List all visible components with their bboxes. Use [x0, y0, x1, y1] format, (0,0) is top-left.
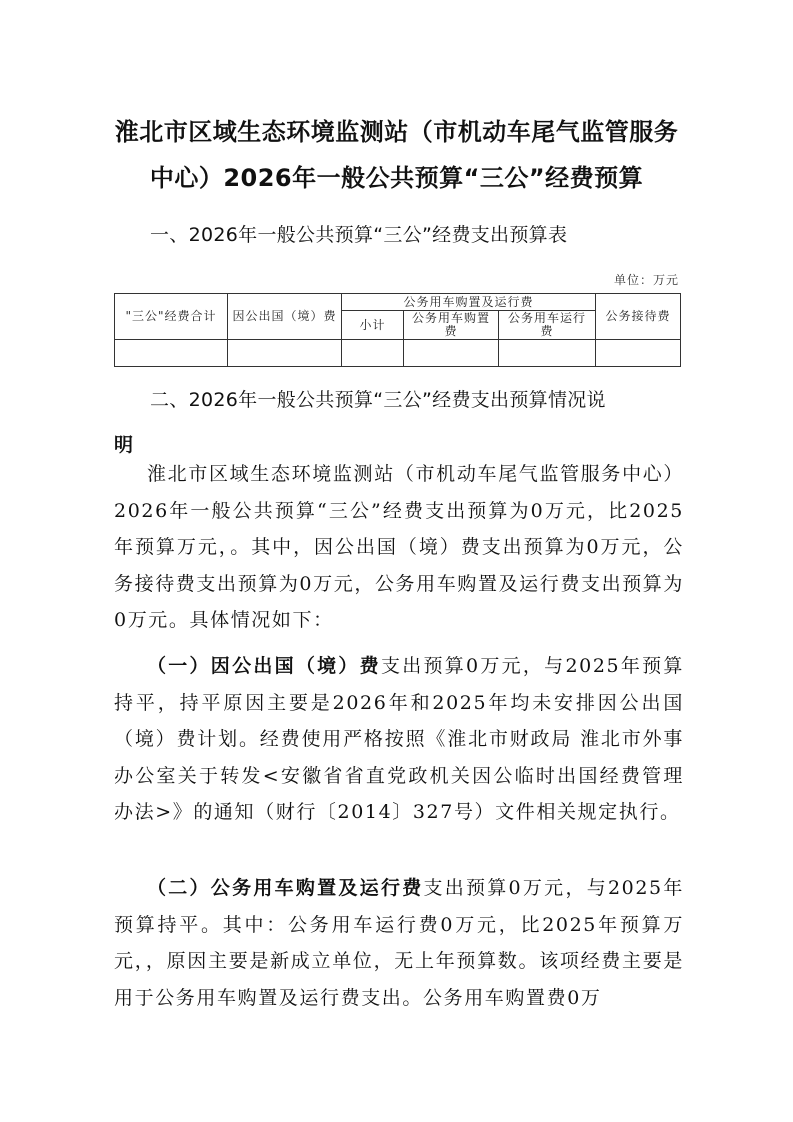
header-vehicle-purchase: 公务用车购置费 [404, 311, 499, 340]
paragraph-overseas-body: 支出预算0万元，与2025年预算持平，持平原因主要是2026年和2025年均未安… [114, 655, 684, 823]
header-total: "三公"经费合计 [115, 294, 228, 340]
document-title-line2: 中心）2026年一般公共预算“三公”经费预算 [0, 158, 793, 193]
header-subtotal: 小计 [342, 311, 404, 340]
section2-heading: 二、2026年一般公共预算“三公”经费支出预算情况说 [150, 385, 606, 412]
cell-reception [596, 340, 681, 367]
cell-overseas [228, 340, 342, 367]
document-title-line1: 淮北市区域生态环境监测站（市机动车尾气监管服务 [0, 112, 793, 147]
paragraph-overseas: （一）因公出国（境）费支出预算0万元，与2025年预算持平，持平原因主要是202… [114, 648, 684, 831]
three-public-expenses-table: "三公"经费合计 因公出国（境）费 公务用车购置及运行费 公务接待费 小计 公务… [114, 293, 681, 367]
cell-total [115, 340, 228, 367]
section1-heading: 一、2026年一般公共预算“三公”经费支出预算表 [150, 220, 567, 247]
table-row [115, 340, 681, 367]
header-reception: 公务接待费 [596, 294, 681, 340]
header-vehicle-operation: 公务用车运行费 [499, 311, 596, 340]
paragraph-overseas-lead: （一）因公出国（境）费 [147, 655, 381, 677]
cell-subtotal [342, 340, 404, 367]
paragraph-vehicle-lead: （二）公务用车购置及运行费 [147, 877, 423, 899]
cell-vehicle-purchase [404, 340, 499, 367]
paragraph-vehicle: （二）公务用车购置及运行费支出预算0万元，与2025年预算持平。其中：公务用车运… [114, 870, 684, 1016]
header-vehicle-group: 公务用车购置及运行费 [342, 294, 596, 311]
section2-heading-cont: 明 [114, 430, 133, 457]
unit-label: 单位：万元 [614, 271, 679, 288]
paragraph-summary: 淮北市区域生态环境监测站（市机动车尾气监管服务中心）2026年一般公共预算“三公… [114, 456, 684, 639]
header-overseas: 因公出国（境）费 [228, 294, 342, 340]
cell-vehicle-operation [499, 340, 596, 367]
